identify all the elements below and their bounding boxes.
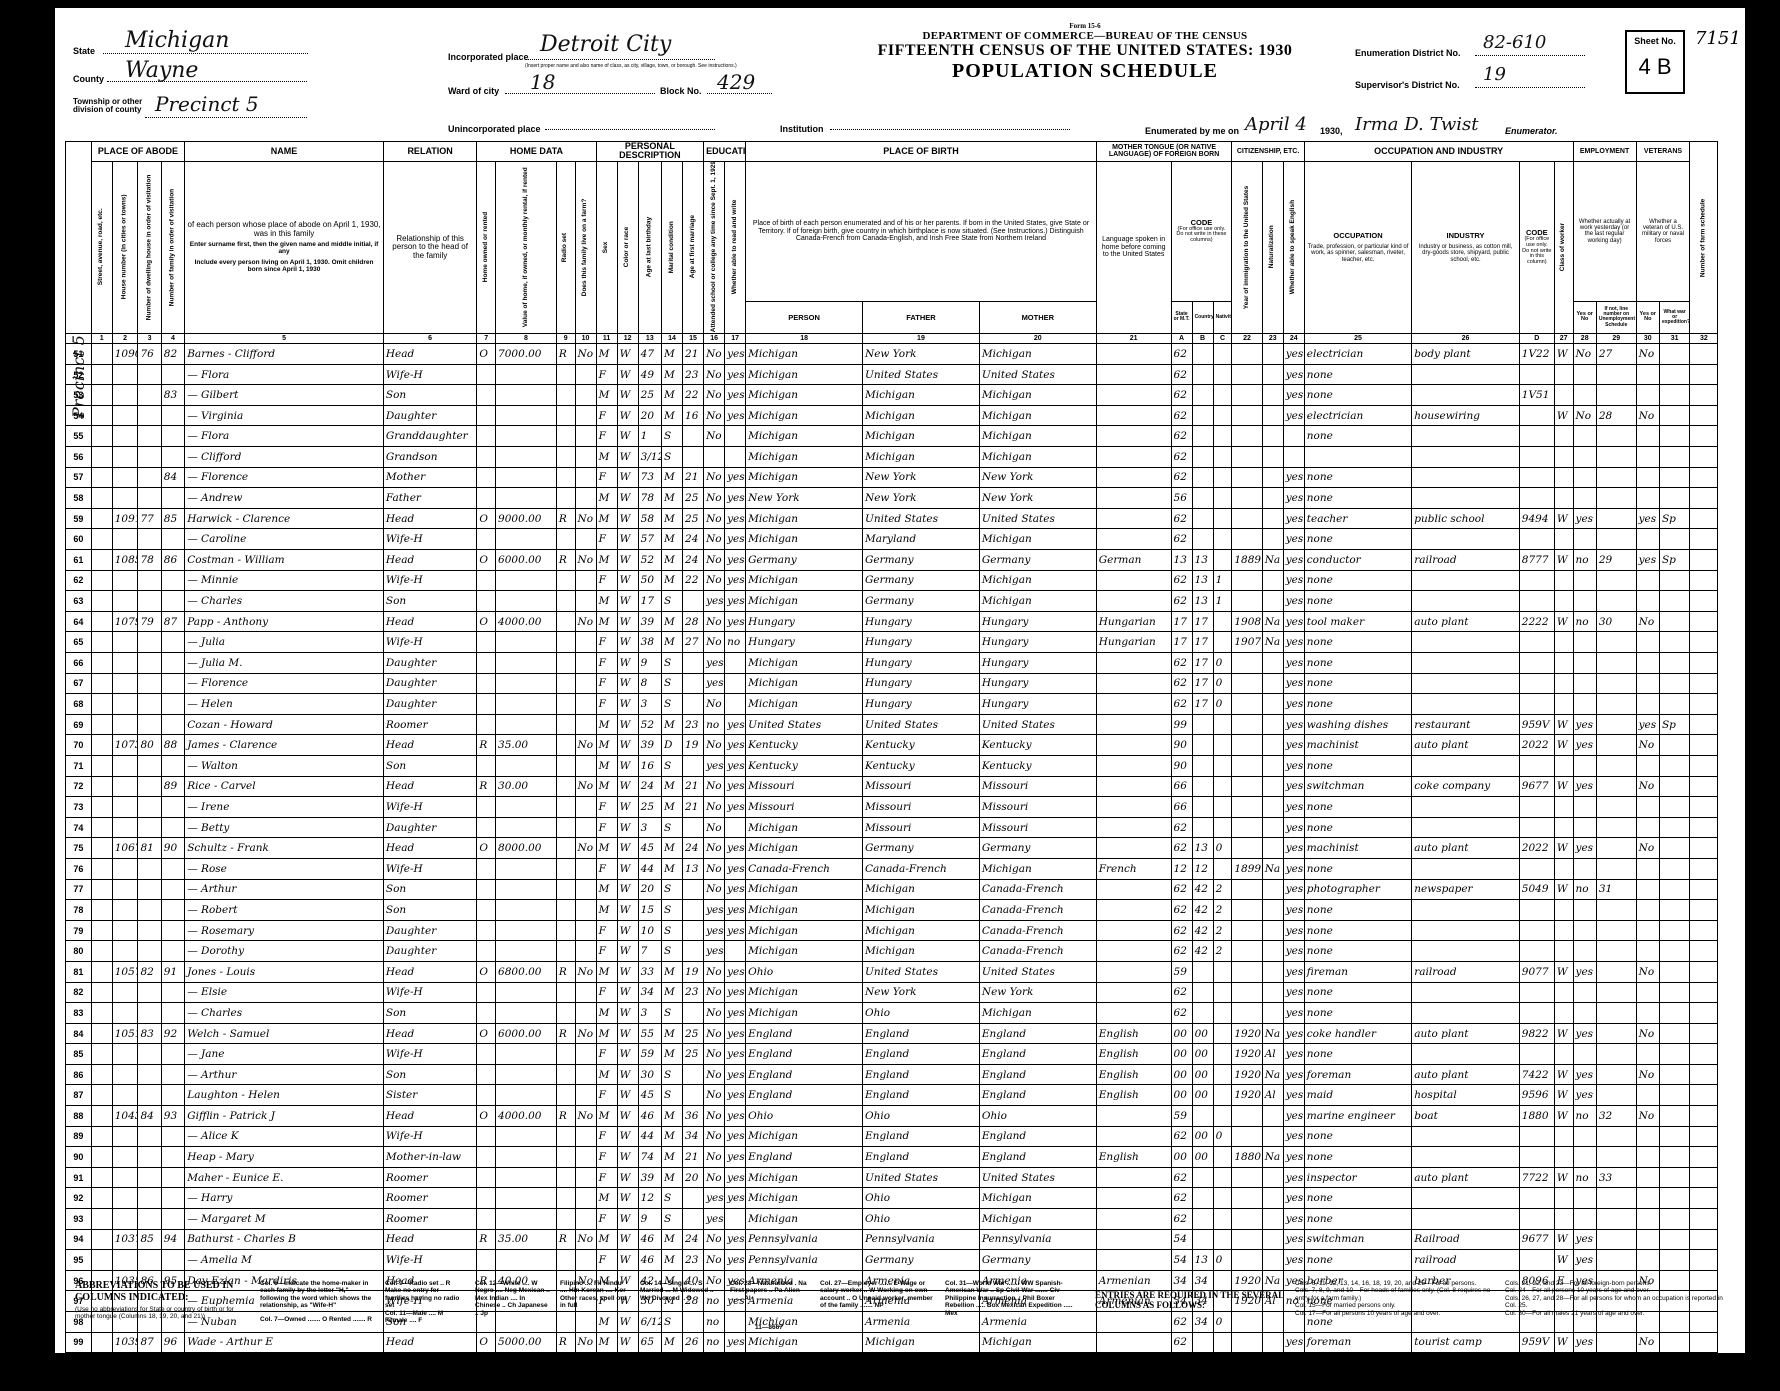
cell-sex: M [596, 447, 617, 468]
cell-cls: W [1554, 344, 1573, 365]
cell-imm [1232, 1250, 1262, 1271]
cell-mar: S [662, 673, 683, 694]
cell-imm: 1899 [1232, 858, 1262, 879]
cell-bp: Pennsylvania [746, 1229, 863, 1250]
cell-val [496, 1250, 557, 1271]
cell-nat: Na [1262, 858, 1283, 879]
abbrev-col14: Col. 14—Single .... S Married ... M Wido… [640, 1280, 720, 1302]
abbrev-col12a: Col. 12—White .... W Negro .... Neg Mexi… [475, 1280, 550, 1317]
cell-cls [1554, 570, 1573, 591]
cell-cls [1554, 426, 1573, 447]
column-number: 25 [1304, 334, 1412, 344]
cell-house [112, 591, 138, 612]
cell-mbp: Hungary [979, 632, 1096, 653]
cell-street [91, 1003, 112, 1024]
cell-lang [1096, 982, 1171, 1003]
cell-agem [683, 900, 704, 921]
cell-cc [1213, 550, 1232, 571]
header-radio: Radio set [556, 161, 575, 333]
cell-name: — Charles [185, 591, 384, 612]
cell-agem [683, 673, 704, 694]
cell-radio: R [556, 1106, 575, 1127]
cell-farm [575, 1085, 596, 1106]
cell-nat [1262, 1353, 1283, 1374]
cell-bp: Missouri [746, 797, 863, 818]
cell-sex: F [596, 1167, 617, 1188]
cell-mbp: Germany [979, 550, 1096, 571]
cell-lang [1096, 920, 1171, 941]
cell-age: 39 [638, 1167, 661, 1188]
cell-sch: No [704, 694, 725, 715]
township-value: Precinct 5 [155, 92, 259, 116]
cell-bp: Michigan [746, 653, 863, 674]
cell-val: 6000.00 [496, 1023, 557, 1044]
cell-ind [1412, 529, 1520, 550]
header-immigration: Year of immigration to the United States [1232, 161, 1262, 333]
cell-race: W [617, 405, 638, 426]
cell-farm: No [575, 838, 596, 859]
cell-agem: 27 [683, 632, 704, 653]
cell-own: O [477, 1106, 496, 1127]
cell-vet [1636, 467, 1659, 488]
cell-cb [1192, 405, 1213, 426]
cell-agem: 25 [683, 508, 704, 529]
header-farm-schedule: Number of farm schedule [1690, 142, 1718, 334]
cell-eng: yes [1283, 838, 1304, 859]
cell-agem: 23 [683, 714, 704, 735]
cell-radio [556, 467, 575, 488]
cell-eng: yes [1283, 776, 1304, 797]
cell-own [477, 1044, 496, 1065]
cell-line: 100 [66, 1353, 92, 1374]
header-farm: Does this family live on a farm? [575, 161, 596, 333]
cell-mbp: United States [979, 364, 1096, 385]
cell-name: Schultz - Frank [185, 838, 384, 859]
cell-imm [1232, 941, 1262, 962]
cell-ca: 62 [1171, 673, 1192, 694]
cell-street [91, 1126, 112, 1147]
cell-race: W [617, 364, 638, 385]
cell-radio [556, 735, 575, 756]
cell-vet: No [1636, 344, 1659, 365]
cell-emp [1573, 1044, 1596, 1065]
cell-fbp: Michigan [863, 941, 980, 962]
cell-mar: M [662, 364, 683, 385]
cell-emp [1573, 1188, 1596, 1209]
cell-imm [1232, 920, 1262, 941]
cell-cls [1554, 364, 1573, 385]
cell-ca: 54 [1171, 1250, 1192, 1271]
cell-fbp: Michigan [863, 879, 980, 900]
cell-rw: yes [725, 488, 746, 509]
cell-ca: 54 [1171, 1229, 1192, 1250]
cell-eng: yes [1283, 1188, 1304, 1209]
cell-val [496, 467, 557, 488]
cell-line: 68 [66, 694, 92, 715]
binding-mark-icon: ❩ [1757, 138, 1775, 163]
cell-radio [556, 797, 575, 818]
cell-farmsched [1690, 570, 1718, 591]
cell-rel: Daughter [383, 673, 476, 694]
cell-sch: No [704, 1023, 725, 1044]
cell-eng: yes [1283, 570, 1304, 591]
cell-own [477, 941, 496, 962]
cell-age: 8 [638, 673, 661, 694]
cell-cls: W [1554, 714, 1573, 735]
cell-nat [1262, 735, 1283, 756]
cell-code [1519, 1353, 1554, 1374]
abbrev-col9: Col. 9—Radio set .. R Make no entry for … [385, 1280, 465, 1310]
cell-bp: England [746, 1023, 863, 1044]
cell-bp: United States [746, 714, 863, 735]
cell-val [496, 426, 557, 447]
cell-cb [1192, 1353, 1213, 1374]
cell-dwell [138, 1250, 161, 1271]
cell-fam [161, 673, 184, 694]
cell-radio [556, 1147, 575, 1168]
cell-bp: Michigan [746, 1209, 863, 1230]
cell-eng: yes [1283, 611, 1304, 632]
cell-ca: 62 [1171, 385, 1192, 406]
cell-rel: Wife-H [383, 1126, 476, 1147]
cell-emp: yes [1573, 1229, 1596, 1250]
cell-agem: 16 [683, 405, 704, 426]
cell-sex: F [596, 653, 617, 674]
cell-rel: Son [383, 755, 476, 776]
table-row: 77— ArthurSonMW20SNoyesMichiganMichiganC… [66, 879, 1735, 900]
cell-street [91, 570, 112, 591]
cell-cb [1192, 1167, 1213, 1188]
cell-nat: Na [1262, 1064, 1283, 1085]
cell-sch: No [704, 488, 725, 509]
cell-ind [1412, 570, 1520, 591]
cell-imm [1232, 447, 1262, 468]
cell-house [112, 364, 138, 385]
cell-lang [1096, 900, 1171, 921]
cell-cc [1213, 611, 1232, 632]
column-number: 21 [1096, 334, 1171, 344]
cell-age: 33 [638, 961, 661, 982]
cell-fam [161, 714, 184, 735]
cell-unemp [1596, 1188, 1636, 1209]
cell-rw: yes [725, 344, 746, 365]
cell-nat [1262, 653, 1283, 674]
cell-rw: yes [725, 529, 746, 550]
cell-race: W [617, 447, 638, 468]
cell-ca: 62 [1171, 426, 1192, 447]
cell-war [1659, 344, 1689, 365]
cell-mar: M [662, 1023, 683, 1044]
cell-bp: Michigan [746, 838, 863, 859]
cell-lang [1096, 1126, 1171, 1147]
cell-lang [1096, 488, 1171, 509]
cell-eng: yes [1283, 1023, 1304, 1044]
cell-val [496, 982, 557, 1003]
cell-eng: yes [1283, 529, 1304, 550]
cell-radio [556, 488, 575, 509]
cell-war [1659, 529, 1689, 550]
cell-agem [683, 920, 704, 941]
cell-sex: F [596, 632, 617, 653]
cell-eng: yes [1283, 385, 1304, 406]
table-row: 7510678190Schultz - FrankHeadO8000.00NoM… [66, 838, 1735, 859]
header-dwelling: Number of dwelling house in order of vis… [138, 161, 161, 333]
cell-agem [683, 694, 704, 715]
cell-street [91, 1167, 112, 1188]
cell-street [91, 1250, 112, 1271]
cell-dwell: 78 [138, 550, 161, 571]
cell-fam [161, 858, 184, 879]
cell-street [91, 817, 112, 838]
cell-lang [1096, 447, 1171, 468]
cell-emp [1573, 385, 1596, 406]
entries-title: ENTRIES ARE REQUIRED IN THE SEVERAL COLU… [1095, 1290, 1285, 1311]
cell-street [91, 961, 112, 982]
cell-race: W [617, 1003, 638, 1024]
cell-occ: foreman [1304, 1064, 1412, 1085]
cell-mbp: Michigan [979, 570, 1096, 591]
cell-unemp [1596, 920, 1636, 941]
cell-own: O [477, 961, 496, 982]
cell-vet [1636, 385, 1659, 406]
cell-fbp: Germany [863, 591, 980, 612]
cell-own [477, 797, 496, 818]
cell-agem [683, 755, 704, 776]
cell-code [1519, 1126, 1554, 1147]
cell-ca: 62 [1171, 900, 1192, 921]
cell-rw: yes [725, 591, 746, 612]
cell-vet: No [1636, 838, 1659, 859]
cell-age: 74 [638, 1147, 661, 1168]
cell-radio [556, 776, 575, 797]
cell-rw: yes [725, 1250, 746, 1271]
cell-rw [725, 426, 746, 447]
cell-sex: M [596, 961, 617, 982]
cell-mar: S [662, 694, 683, 715]
cell-agem: 25 [683, 488, 704, 509]
cell-val [496, 900, 557, 921]
cell-line: 55 [66, 426, 92, 447]
cell-own [477, 858, 496, 879]
cell-radio: R [556, 550, 575, 571]
cell-fbp: United States [863, 508, 980, 529]
cell-fam [161, 1167, 184, 1188]
cell-imm [1232, 364, 1262, 385]
cell-ca: 62 [1171, 653, 1192, 674]
cell-fam: 94 [161, 1229, 184, 1250]
cell-occ: teacher [1304, 508, 1412, 529]
cell-sex: F [596, 797, 617, 818]
cell-own [477, 447, 496, 468]
cell-imm [1232, 508, 1262, 529]
cell-eng: yes [1283, 550, 1304, 571]
print-code: 11—8667 [755, 1324, 783, 1331]
cell-code [1519, 1003, 1554, 1024]
cell-farmsched [1690, 385, 1718, 406]
cell-code: 9677 [1519, 1229, 1554, 1250]
cell-sch: No [704, 385, 725, 406]
cell-age: 73 [638, 467, 661, 488]
form-title-block: Form 15-6 DEPARTMENT OF COMMERCE—BUREAU … [855, 22, 1315, 83]
cell-sex: M [596, 1229, 617, 1250]
cell-house [112, 653, 138, 674]
cell-own: R [477, 1229, 496, 1250]
cell-radio [556, 879, 575, 900]
cell-fam [161, 879, 184, 900]
cell-emp [1573, 941, 1596, 962]
cell-cb [1192, 755, 1213, 776]
cell-rw: yes [725, 570, 746, 591]
table-row: 93— Margaret MRoomerFW9SyesMichiganOhioM… [66, 1209, 1735, 1230]
cell-val [496, 1353, 557, 1374]
cell-age: 15 [638, 900, 661, 921]
cell-mbp: Michigan [979, 344, 1096, 365]
cell-own [477, 385, 496, 406]
cell-sch: No [704, 611, 725, 632]
cell-sch: No [704, 817, 725, 838]
cell-agem: 19 [683, 961, 704, 982]
cell-lang [1096, 385, 1171, 406]
cell-sex: M [596, 1188, 617, 1209]
cell-mbp: Michigan [979, 529, 1096, 550]
cell-code: 9596 [1519, 1085, 1554, 1106]
cell-rw: yes [725, 1085, 746, 1106]
column-number: C [1213, 334, 1232, 344]
cell-ind: auto plant [1412, 1023, 1520, 1044]
column-number: 6 [383, 334, 476, 344]
cell-nat [1262, 900, 1283, 921]
cell-fbp: Kentucky [863, 735, 980, 756]
cell-lang [1096, 591, 1171, 612]
cell-age: 30 [638, 1064, 661, 1085]
cell-name: — Margaret M [185, 1209, 384, 1230]
form-number: Form 15-6 [855, 22, 1315, 30]
header-vet-desc: Whether a veteran of U.S. military or na… [1636, 161, 1690, 301]
cell-fam: 88 [161, 735, 184, 756]
cell-farmsched [1690, 611, 1718, 632]
cell-farmsched [1690, 714, 1718, 735]
cell-vet [1636, 488, 1659, 509]
cell-eng: yes [1283, 961, 1304, 982]
cell-unemp [1596, 653, 1636, 674]
cell-occ: none [1304, 755, 1412, 776]
cell-name: — Florence [185, 467, 384, 488]
cell-sch: yes [704, 653, 725, 674]
cell-unemp [1596, 941, 1636, 962]
cell-war [1659, 941, 1689, 962]
cell-line: 95 [66, 1250, 92, 1271]
cell-farm [575, 694, 596, 715]
column-number: 11 [596, 334, 617, 344]
cell-ind: hospital [1412, 1085, 1520, 1106]
census-title: FIFTEENTH CENSUS OF THE UNITED STATES: 1… [855, 42, 1315, 60]
cell-race: W [617, 488, 638, 509]
header-marital: Marital condition [662, 161, 683, 333]
cell-war [1659, 1209, 1689, 1230]
cell-lang [1096, 1188, 1171, 1209]
cell-nat [1262, 591, 1283, 612]
cell-own [477, 982, 496, 1003]
cell-house: 1057 [112, 961, 138, 982]
cell-eng: yes [1283, 1167, 1304, 1188]
cell-rel: Roomer [383, 1209, 476, 1230]
cell-mbp: United States [979, 714, 1096, 735]
cell-lang: English [1096, 1044, 1171, 1065]
cell-emp: yes [1573, 961, 1596, 982]
cell-unemp [1596, 1023, 1636, 1044]
cell-sex: F [596, 694, 617, 715]
cell-war [1659, 1003, 1689, 1024]
header-code-b: Country [1192, 301, 1213, 333]
cell-own [477, 920, 496, 941]
cell-cb [1192, 344, 1213, 365]
header-code-a: State or M.T. [1171, 301, 1192, 333]
cell-unemp [1596, 694, 1636, 715]
cell-street [91, 364, 112, 385]
cell-street [91, 426, 112, 447]
cell-dwell: 83 [138, 1023, 161, 1044]
cell-house [112, 1353, 138, 1374]
cell-street [91, 467, 112, 488]
cell-ind [1412, 797, 1520, 818]
cell-code: 1880 [1519, 1106, 1554, 1127]
sheet-label: Sheet No. [1627, 36, 1683, 46]
cell-house: 1067 [112, 838, 138, 859]
cell-dwell [138, 797, 161, 818]
cell-war [1659, 694, 1689, 715]
table-row: 60— CarolineWife-HFW57M24NoyesMichiganMa… [66, 529, 1735, 550]
cell-code [1519, 632, 1554, 653]
cell-own [477, 879, 496, 900]
cell-lang [1096, 735, 1171, 756]
cell-farmsched [1690, 426, 1718, 447]
cell-lang [1096, 508, 1171, 529]
cell-occ: none [1304, 900, 1412, 921]
cell-fbp: Hungary [863, 632, 980, 653]
cell-age: 17 [638, 591, 661, 612]
cell-emp: no [1573, 611, 1596, 632]
header-father: FATHER [863, 301, 980, 333]
cell-ind [1412, 385, 1520, 406]
cell-own: R [477, 776, 496, 797]
cell-cls [1554, 858, 1573, 879]
cell-race: W [617, 1064, 638, 1085]
abbrev-col27: Col. 27—Employer ....... E Wage or salar… [820, 1280, 935, 1310]
cell-own [477, 632, 496, 653]
cell-occ: none [1304, 1003, 1412, 1024]
cell-emp [1573, 858, 1596, 879]
cell-lang [1096, 673, 1171, 694]
cell-sex: F [596, 1209, 617, 1230]
cell-house [112, 1188, 138, 1209]
cell-val [496, 694, 557, 715]
table-row: 71— WaltonSonMW16SyesyesKentuckyKentucky… [66, 755, 1735, 776]
cell-fam [161, 529, 184, 550]
cell-rw: yes [725, 405, 746, 426]
group-place-of-birth: PLACE OF BIRTH [746, 142, 1097, 162]
cell-fbp: Missouri [863, 817, 980, 838]
cell-emp [1573, 1003, 1596, 1024]
cell-ca: 62 [1171, 1126, 1192, 1147]
cell-cls [1554, 673, 1573, 694]
cell-age: 7 [638, 941, 661, 962]
cell-nat [1262, 755, 1283, 776]
cell-radio: R [556, 508, 575, 529]
cell-emp: yes [1573, 735, 1596, 756]
cell-age: 46 [638, 1229, 661, 1250]
table-row: 8110578291Jones - LouisHeadO6800.00RNoMW… [66, 961, 1735, 982]
cell-agem: 28 [683, 611, 704, 632]
